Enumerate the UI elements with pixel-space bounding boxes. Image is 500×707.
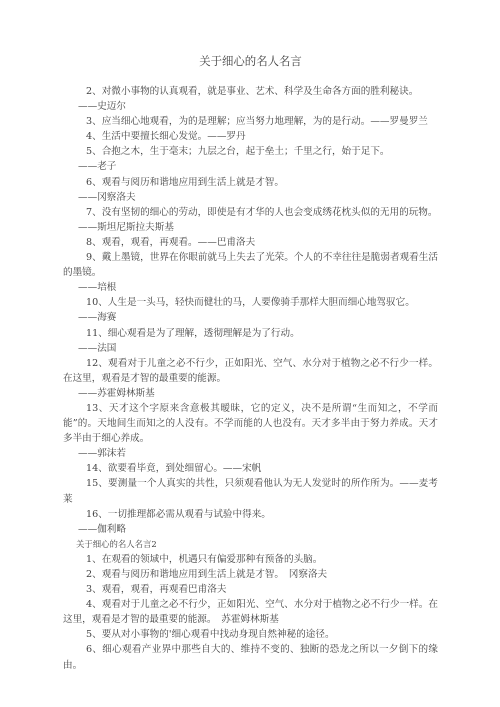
document-title: 关于细心的名人名言 — [63, 54, 438, 69]
attribution-line: ——苏霍姆林斯基 — [63, 386, 438, 401]
quote-line: 7、没有坚韧的细心的劳动，即使是有才华的人也会变成绣花枕头似的无用的玩物。 — [63, 205, 438, 220]
quote-line: 11、细心观看是为了理解，透彻理解是为了行动。 — [63, 326, 438, 341]
quote-line: 14、欲要看毕竟，到处细留心。——宋帆 — [63, 461, 438, 476]
section-heading: 关于细心的名人名言2 — [63, 537, 438, 552]
quote-line: 3、应当细心地观看，为的是理解；应当努力地理解，为的是行动。——罗曼罗兰 — [63, 114, 438, 129]
quote-line: 9、戴上墨镜，世界在你眼前就马上失去了光荣。个人的不幸往往是脆弱者观看生活的墨镜… — [63, 250, 438, 280]
quote-line: 4、观看对于儿童之必不行少，正如阳光、空气、水分对于植物之必不行少一样。在这里，… — [63, 597, 438, 627]
quote-line: 12、观看对于儿童之必不行少，正如阳光、空气、水分对于植物之必不行少一样。在这里… — [63, 356, 438, 386]
quote-line: 3、观看，观看，再观看巴甫洛夫 — [63, 582, 438, 597]
attribution-line: ——郭沫若 — [63, 446, 438, 461]
quote-line: 10、人生是一头马，轻快而健壮的马，人要像骑手那样大胆而细心地驾驭它。 — [63, 295, 438, 310]
quote-line: 15、要测量一个人真实的共性，只须观看他认为无人发觉时的所作所为。——麦考莱 — [63, 476, 438, 506]
attribution-line: ——斯坦尼斯拉夫斯基 — [63, 220, 438, 235]
page-background: 关于细心的名人名言 2、对微小事物的认真观看，就是事业、艺术、科学及生命各方面的… — [0, 0, 500, 707]
attribution-line: ——培根 — [63, 280, 438, 295]
quote-line: 8、观看，观看，再观看。——巴甫洛夫 — [63, 235, 438, 250]
quote-line: 5、要从对小事物的'细心观看中找动身现自然神秘的途径。 — [63, 627, 438, 642]
quote-line: 1、在观看的领域中，机遇只有偏爱那种有预备的头脑。 — [63, 552, 438, 567]
quote-line: 2、观看与阅历和谐地应用到生活上就是才智。 冈察洛夫 — [63, 567, 438, 582]
document-body: 关于细心的名人名言 2、对微小事物的认真观看，就是事业、艺术、科学及生命各方面的… — [63, 54, 438, 673]
quote-line: 6、观看与阅历和谐地应用到生活上就是才智。 — [63, 175, 438, 190]
attribution-line: ——伽利略 — [63, 522, 438, 537]
quote-line: 6、细心观看产业界中那些自大的、维持不变的、独断的恐龙之所以一夕倒下的缘由。 — [63, 642, 438, 672]
attribution-line: ——法国 — [63, 341, 438, 356]
paragraph-list: 2、对微小事物的认真观看，就是事业、艺术、科学及生命各方面的胜利秘诀。——史迈尔… — [63, 84, 438, 673]
attribution-line: ——海赛 — [63, 310, 438, 325]
attribution-line: ——冈察洛夫 — [63, 190, 438, 205]
attribution-line: ——老子 — [63, 159, 438, 174]
quote-line: 13、天才这个字原来含意极其暧昧，它的定义，决不是所谓“生而知之，不学而能”的。… — [63, 401, 438, 446]
quote-line: 5、合抱之木，生于毫末；九层之台，起于垒土；千里之行，始于足下。 — [63, 144, 438, 159]
quote-line: 16、一切推理都必需从观看与试验中得来。 — [63, 507, 438, 522]
attribution-line: ——史迈尔 — [63, 99, 438, 114]
quote-line: 4、生活中要擅长细心发觉。——罗丹 — [63, 129, 438, 144]
quote-line: 2、对微小事物的认真观看，就是事业、艺术、科学及生命各方面的胜利秘诀。 — [63, 84, 438, 99]
